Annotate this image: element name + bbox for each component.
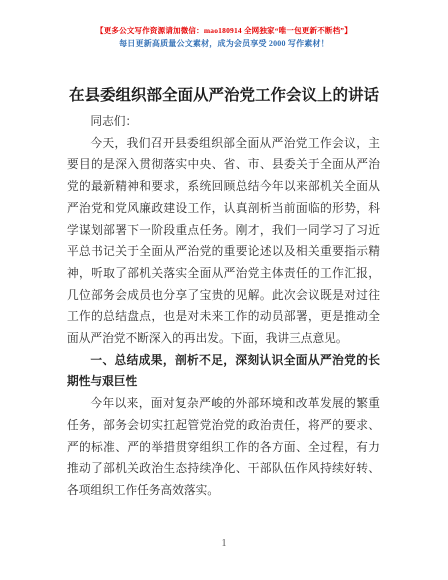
promo-line-2: 每日更新高质量公文素材，成为会员享受 2000 写作素材！: [0, 38, 448, 51]
paragraph-section-1: 今年以来，面对复杂严峻的外部环境和改革发展的繁重任务，部务会切实扛起管党治党的政…: [67, 393, 380, 502]
salutation: 同志们：: [67, 111, 380, 133]
promo-line-1: 【更多公文写作资源请加微信：mao180914 全网独家“唯一包更新不断档”】: [0, 25, 448, 38]
document-body: 同志们： 今天，我们召开县委组织部全面从严治党工作会议，主要目的是深入贯彻落实中…: [67, 111, 380, 502]
document-page: 【更多公文写作资源请加微信：mao180914 全网独家“唯一包更新不断档”】 …: [0, 0, 448, 580]
document-title: 在县委组织部全面从严治党工作会议上的讲话: [34, 85, 414, 106]
page-number: 1: [0, 538, 448, 549]
paragraph-intro: 今天，我们召开县委组织部全面从严治党工作会议，主要目的是深入贯彻落实中央、省、市…: [67, 133, 380, 350]
section-heading-1: 一、总结成果，剖析不足，深刻认识全面从严治党的长期性与艰巨性: [67, 350, 380, 393]
promo-header: 【更多公文写作资源请加微信：mao180914 全网独家“唯一包更新不断档”】 …: [0, 25, 448, 50]
